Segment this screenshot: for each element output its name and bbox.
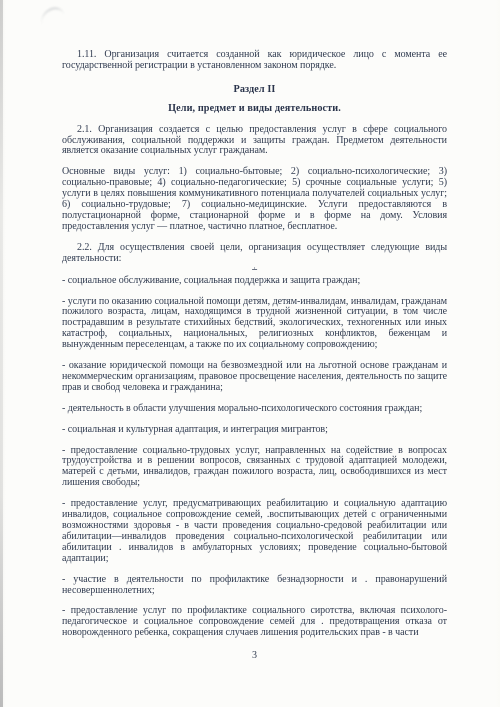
activity-item-migrant-integration: - социальная и культурная адаптация, и и… [62, 425, 447, 436]
activity-item-legal-aid: - оказание юридической помощи на безвозм… [62, 361, 447, 394]
section-heading: Раздел II [62, 85, 447, 96]
activity-item-rehabilitation: - предоставление услуг, предусматривающи… [62, 499, 447, 564]
activity-item-labor-services: - предоставление социально-трудовых услу… [62, 446, 447, 490]
page-number: 3 [62, 650, 447, 661]
paragraph-2-1: 2.1. Организация создается с целью предо… [62, 125, 447, 158]
paragraph-2-2: 2.2. Для осуществления своей цели, орган… [62, 243, 447, 265]
activity-item-neglect-prevention: - участие в деятельности по профилактике… [62, 575, 447, 597]
activity-item-orphanhood-prevention: - предоставление услуг по профилактике с… [62, 606, 447, 639]
scanned-document-page: 1.11. Организация считается созданной ка… [0, 0, 500, 707]
page-content: 1.11. Организация считается созданной ка… [62, 50, 447, 649]
activity-item-social-service: - социальное обслуживание, социальная по… [62, 276, 447, 287]
scan-edge-artifact [0, 0, 3, 707]
scan-smudge-artifact [39, 5, 66, 24]
paragraph-service-types: Основные виды услуг: 1) социально-бытовы… [62, 167, 447, 232]
section-subheading: Цели, предмет и виды деятельности. [62, 104, 447, 115]
activity-item-aid-to-children: - услуги по оказанию социальной помощи д… [62, 297, 447, 352]
activity-item-moral-psychological: - деятельность в области улучшения морал… [62, 404, 447, 415]
stray-mark-artifact: ∸ [62, 265, 447, 275]
paragraph-1-11: 1.11. Организация считается созданной ка… [62, 50, 447, 72]
